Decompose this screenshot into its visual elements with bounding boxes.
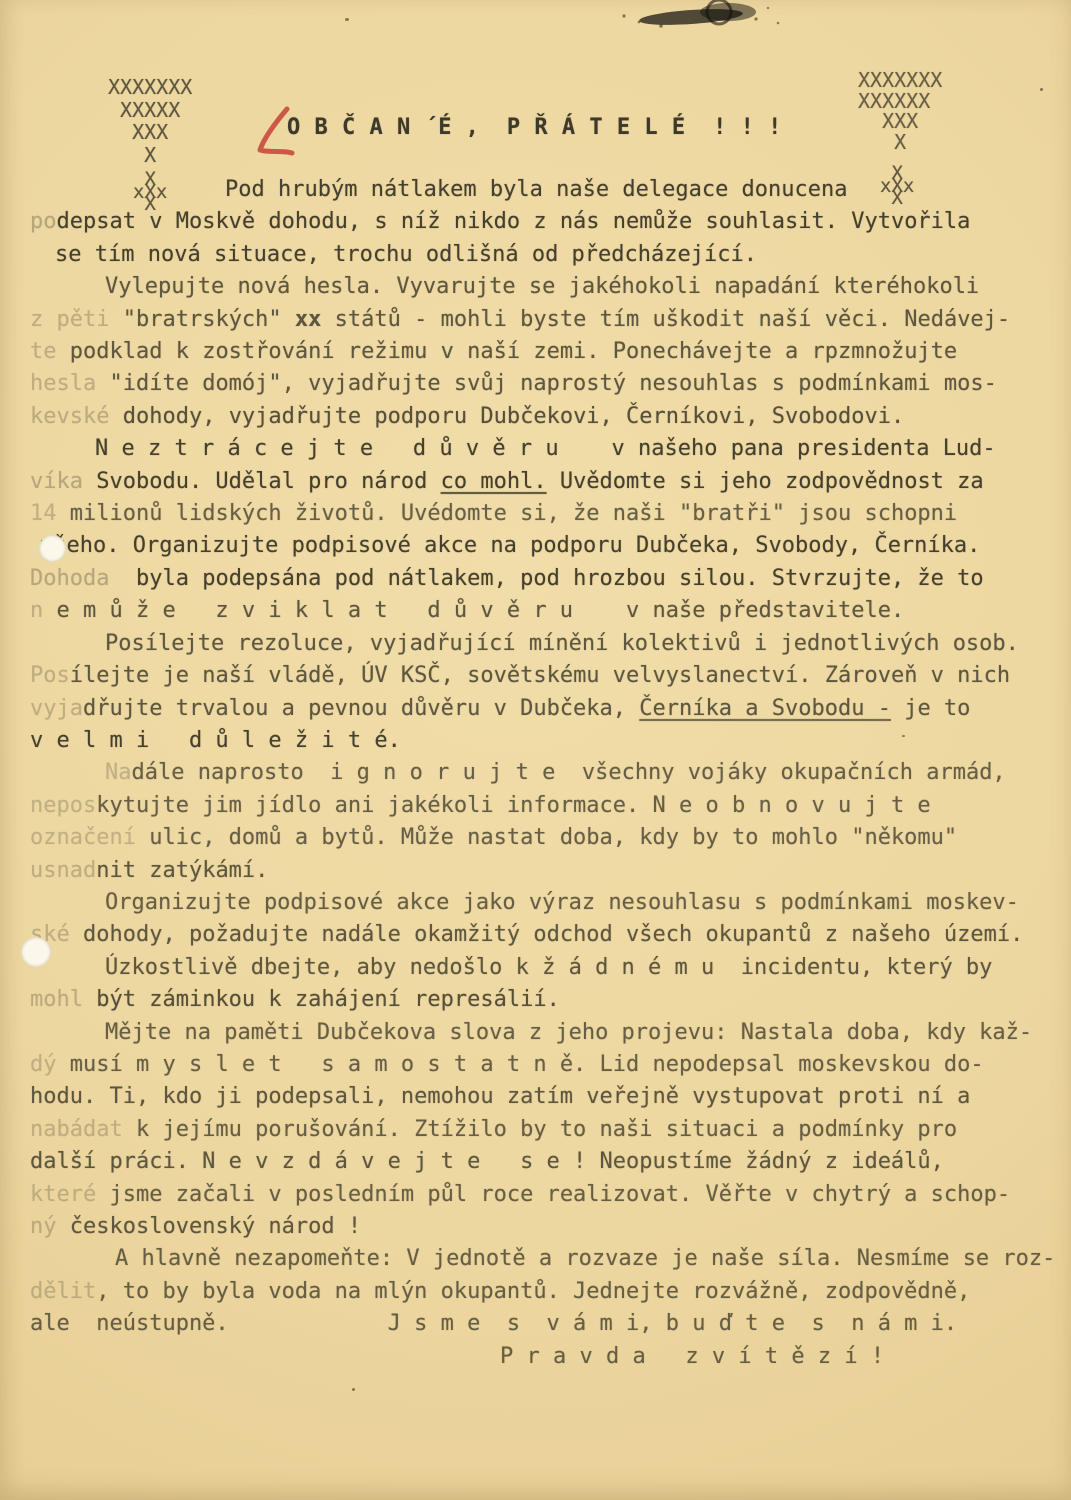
typed-x-marks-left: XXXXXXX XXXXX XXX X (108, 76, 192, 166)
text-line: podepsat v Moskvě dohodu, s níž nikdo z … (30, 206, 1071, 238)
text-line: 14 milionů lidských životů. Uvédomte si,… (30, 498, 1071, 530)
text-line: hesla "idíte domój", vyjadřujte svůj nap… (30, 368, 1071, 400)
text-line: kevské dohody, vyjadřujte podporu Dubček… (30, 401, 1071, 433)
text-line: hodu. Ti, kdo ji podepsali, nemohou zatí… (30, 1081, 1071, 1113)
text-line: P r a v d a z v í t ě z í ! (500, 1341, 1071, 1373)
text-line: neposkytujte jim jídlo ani jakékoli info… (30, 790, 1071, 822)
text-line: Pod hrubým nátlakem byla naše delegace d… (225, 174, 1071, 206)
punch-hole-bottom (21, 937, 51, 967)
text-line: Nadále naprosto i g n o r u j t e všechn… (105, 757, 1071, 789)
text-line: víka Svobodu. Udělal pro národ co mohl. … (30, 466, 1071, 498)
paper-speck (1040, 88, 1043, 91)
text-line: nabádat k jejímu porušování. Ztížilo by … (30, 1114, 1071, 1146)
text-line: Posílejte rezoluce, vyjadřující mínění k… (105, 628, 1071, 660)
text-line: n e m ů ž e z v i k l a t d ů v ě r u v … (30, 595, 1071, 627)
text-line: Mějte na paměti Dubčekova slova z jeho p… (105, 1017, 1071, 1049)
paper-speck (345, 18, 349, 21)
title-row: O B Č A N ´É , P Ř Á T E L É ! ! ! (287, 113, 782, 143)
text-line: Posílejte je naší vládě, ÚV KSČ, sovětsk… (30, 660, 1071, 692)
text-line: se tím nová situace, trochu odlišná od p… (55, 239, 1071, 271)
text-line: dý musí m y s l e t s a m o s t a t n ě.… (30, 1049, 1071, 1081)
paper-speck (352, 1388, 355, 1391)
text-line: N e z t r á c e j t e d ů v ě r u v naše… (95, 433, 1071, 465)
text-line: které jsme začali v posledním půl roce r… (30, 1179, 1071, 1211)
text-line: označení ulic, domů a bytů. Může nastat … (30, 822, 1071, 854)
document-title: O B Č A N ´É , P Ř Á T E L É ! ! ! (287, 113, 782, 143)
text-line: dělit, to by byla voda na mlýn okupantů.… (30, 1276, 1071, 1308)
punch-hole-top (39, 535, 66, 562)
text-line: Vylepujte nová hesla. Vyvarujte se jakéh… (105, 271, 1071, 303)
document-page: XXXXXXX XXXXX XXX X X xXx X XXXXXXX XXXX… (0, 0, 1071, 1500)
handwritten-red-mark (250, 104, 296, 158)
text-line: Úzkostlivě dbejte, aby nedošlo k ž á d n… (105, 952, 1071, 984)
text-line: v e l m i d ů l e ž i t é. (30, 725, 1071, 757)
text-line: vyjadřujte trvalou a pevnou důvěru v Dub… (30, 693, 1071, 725)
typed-x-marks-right: XXXXXXX XXXXXX XXX X (858, 70, 942, 152)
text-line: další práci. N e v z d á v e j t e s e !… (30, 1146, 1071, 1178)
text-line: ské dohody, požadujte nadále okamžitý od… (30, 919, 1071, 951)
document-body: Pod hrubým nátlakem byla naše delegace d… (0, 174, 1071, 1373)
text-line: ný československý národ ! (30, 1211, 1071, 1243)
text-line: A hlavně nezapomeňte: V jednotě a rozvaz… (115, 1243, 1071, 1275)
text-line: mohl být záminkou k zahájení represálií. (30, 984, 1071, 1016)
text-line: z pěti "bratrských" xx států - mohli bys… (30, 304, 1071, 336)
paper-speck (902, 735, 905, 737)
text-line: Organizujte podpisové akce jako výraz ne… (105, 887, 1071, 919)
typewritten-layer: XXXXXXX XXXXX XXX X X xXx X XXXXXXX XXXX… (0, 0, 1071, 1500)
text-line: usnadnit zatýkámí. (30, 855, 1071, 887)
text-line: te podklad k zostřování režimu v naší ze… (30, 336, 1071, 368)
text-line: Dohoda byla podepsána pod nátlakem, pod … (30, 563, 1071, 595)
text-line: ale neústupně. J s m e s v á m i, b u ď … (30, 1308, 1071, 1340)
text-line: všeho. Organizujte podpisové akce na pod… (40, 530, 1071, 562)
